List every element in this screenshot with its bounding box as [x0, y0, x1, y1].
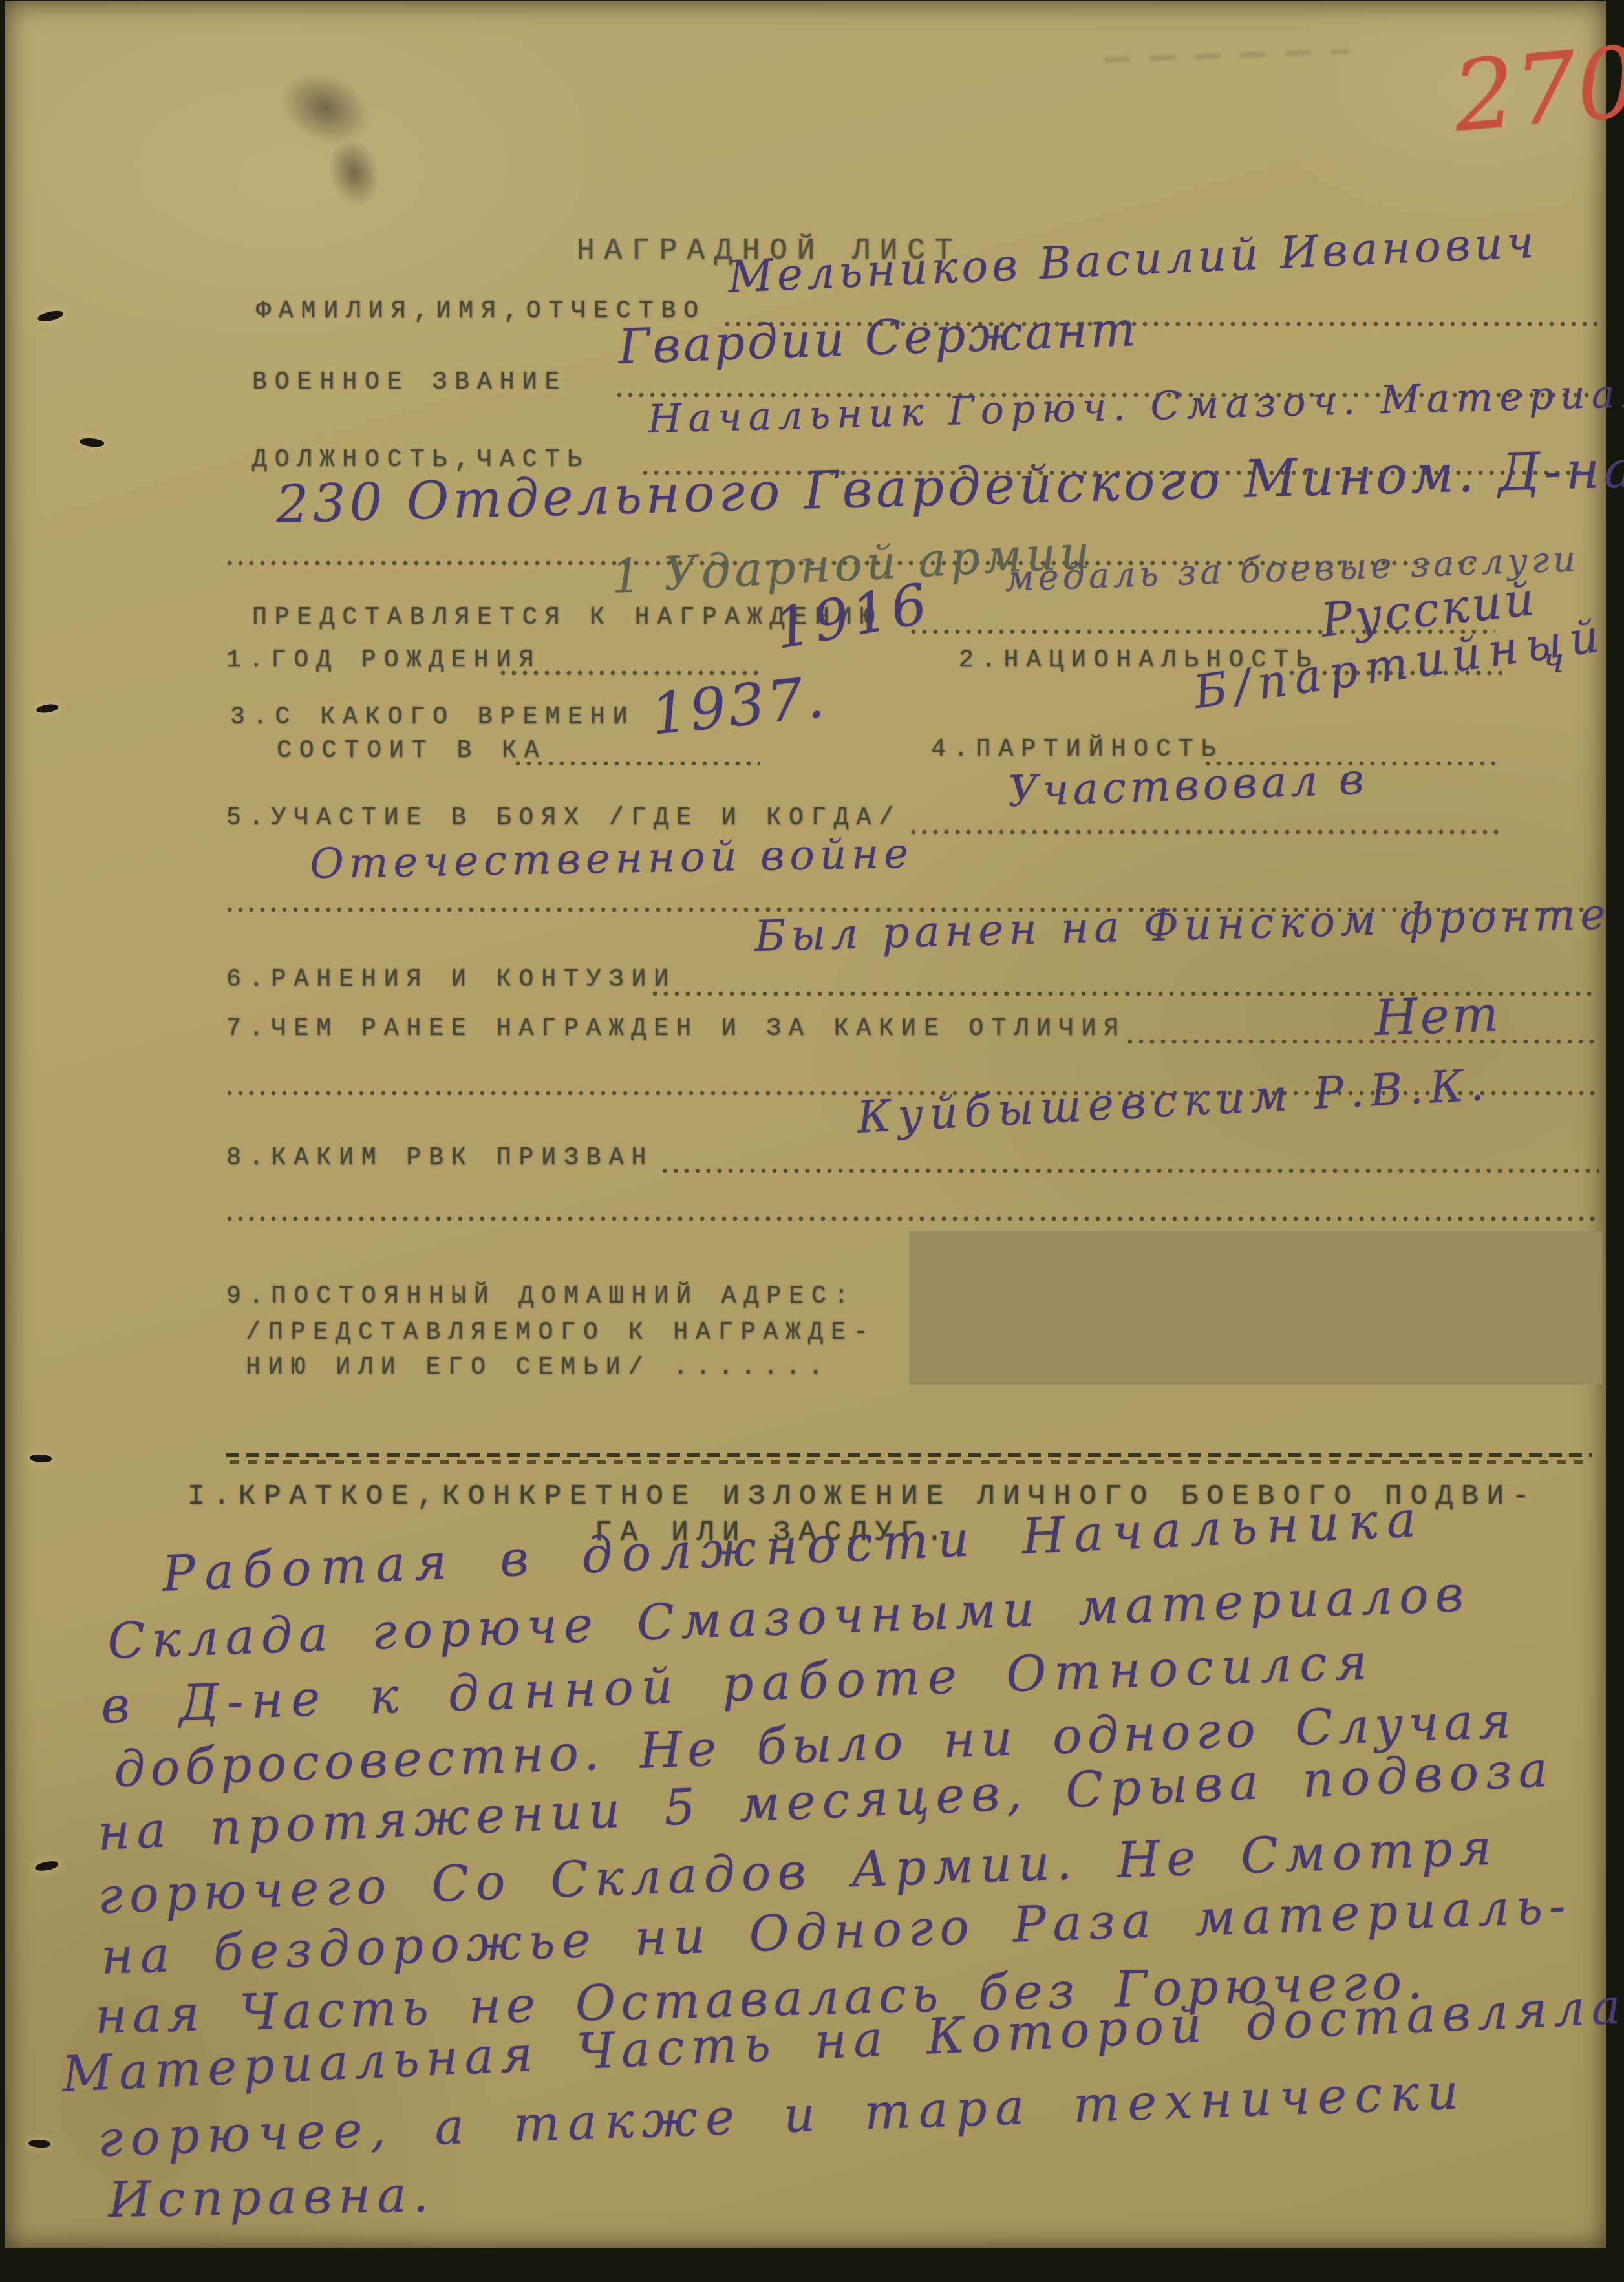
service-since-label-line1: 3.С КАКОГО ВРЕМЕНИ: [230, 703, 635, 731]
punch-hole: [29, 1453, 52, 1463]
wounds-label: 6.РАНЕНИЯ И КОНТУЗИИ: [226, 966, 676, 994]
wounds-value: Был ранен на Финском фронте: [754, 889, 1612, 961]
service-since-label-line2: СОСТОИТ В КА: [277, 737, 547, 765]
punch-hole: [28, 2139, 51, 2149]
dotted-line: [1127, 1037, 1599, 1046]
prior-awards-label: 7.ЧЕМ РАНЕЕ НАГРАЖДЕН И ЗА КАКИЕ ОТЛИЧИЯ: [226, 1015, 1126, 1043]
name-value: Мельников Василий Иванович: [727, 217, 1539, 303]
dotted-line: [910, 827, 1499, 837]
document-page: 270 НАГРАДНОЙ ЛИСТ ФАМИЛИЯ,ИМЯ,ОТЧЕСТВО …: [5, 1, 1606, 2248]
punch-hole: [34, 1861, 58, 1872]
page-number: 270: [1449, 26, 1624, 154]
party-label: 4.ПАРТИЙНОСТЬ: [931, 736, 1223, 763]
rvk-value: Куйбышевским Р.В.К.: [856, 1060, 1491, 1144]
rvk-label: 8.КАКИМ РВК ПРИЗВАН: [226, 1144, 654, 1172]
position-value-line1: Начальник Горюч. Смазоч. Материал.: [647, 370, 1624, 442]
birth-year-label: 1.ГОД РОЖДЕНИЯ: [226, 646, 541, 674]
citation-line: Исправна.: [107, 2165, 435, 2228]
section-divider: [226, 1453, 1592, 1465]
address-label-line1: 9.ПОСТОЯННЫЙ ДОМАШНИЙ АДРЕС:: [226, 1283, 857, 1310]
punch-hole: [79, 436, 104, 448]
address-label-line2: /ПРЕДСТАВЛЯЕМОГО К НАГРАЖДЕ-: [246, 1319, 876, 1347]
address-label-line3: НИЮ ИЛИ ЕГО СЕМЬИ/ .......: [246, 1354, 831, 1381]
combat-label: 5.УЧАСТИЕ В БОЯХ /ГДЕ И КОГДА/: [226, 804, 901, 832]
redaction-block: [909, 1231, 1602, 1385]
punch-hole: [36, 703, 58, 713]
dotted-line: [661, 1166, 1599, 1175]
scan-background: 270 НАГРАДНОЙ ЛИСТ ФАМИЛИЯ,ИМЯ,ОТЧЕСТВО …: [0, 0, 1624, 2282]
rank-label: ВОЕННОЕ ЗВАНИЕ: [252, 368, 567, 396]
dotted-line: [515, 759, 760, 768]
combat-value-line1: Участвовал в: [1007, 754, 1368, 816]
dotted-line: [226, 1214, 1597, 1223]
faint-pencil-mark: [1104, 48, 1350, 62]
combat-value-line2: Отечественной войне: [310, 830, 914, 888]
prior-awards-value: Нет: [1374, 985, 1502, 1047]
punch-hole: [37, 310, 64, 323]
